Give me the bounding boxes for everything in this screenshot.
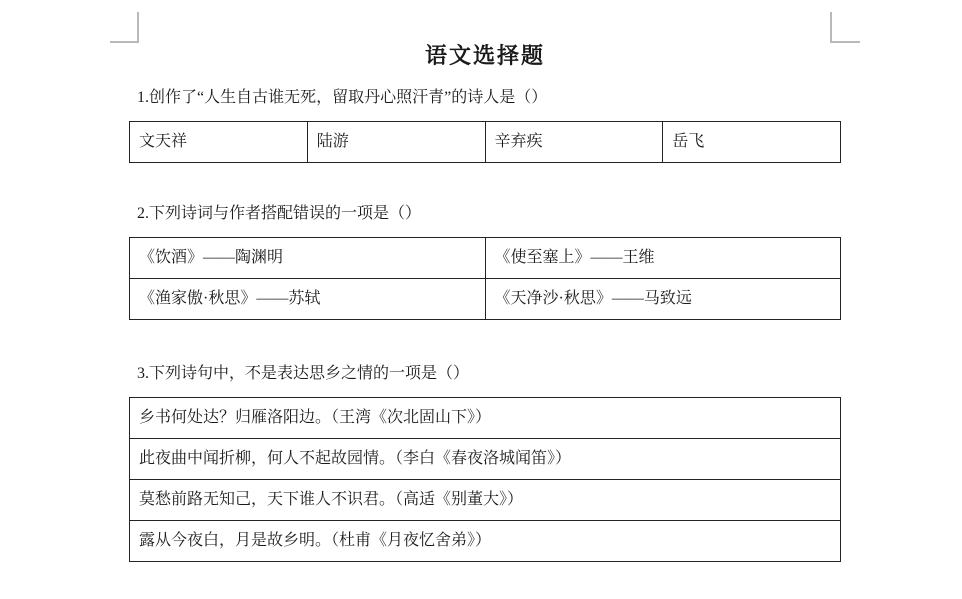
table-row: 莫愁前路无知己，天下谁人不识君。（高适《别董大》） [130,480,841,521]
document-title: 语文选择题 [129,44,841,68]
table-cell-option: 露从今夜白，月是故乡明。（杜甫《月夜忆舍弟》） [130,521,841,562]
question-1-options-table: 文天祥 陆游 辛弃疾 岳飞 [129,121,841,163]
margin-corner-mark-top-left-horizontal [110,41,139,43]
question-3-text: 3.下列诗句中，不是表达思乡之情的一项是（） [137,364,469,384]
table-row: 文天祥 陆游 辛弃疾 岳飞 [130,122,841,163]
table-cell-option: 文天祥 [130,122,308,163]
document-page[interactable]: 语文选择题 1.创作了“人生自古谁无死，留取丹心照汗青”的诗人是（） 文天祥 陆… [0,0,962,599]
table-cell-option: 《使至塞上》——王维 [485,238,841,279]
table-cell-option: 乡书何处达？归雁洛阳边。（王湾《次北固山下》） [130,398,841,439]
table-row: 此夜曲中闻折柳，何人不起故园情。（李白《春夜洛城闻笛》） [130,439,841,480]
table-cell-option: 此夜曲中闻折柳，何人不起故园情。（李白《春夜洛城闻笛》） [130,439,841,480]
table-cell-option: 莫愁前路无知己，天下谁人不识君。（高适《别董大》） [130,480,841,521]
table-cell-option: 《渔家傲·秋思》——苏轼 [130,279,486,320]
margin-corner-mark-top-right-horizontal [830,41,860,43]
table-row: 乡书何处达？归雁洛阳边。（王湾《次北固山下》） [130,398,841,439]
question-2-text: 2.下列诗词与作者搭配错误的一项是（） [137,204,421,224]
margin-corner-mark-top-left-vertical [137,12,139,42]
table-row: 露从今夜白，月是故乡明。（杜甫《月夜忆舍弟》） [130,521,841,562]
question-2-options-table: 《饮酒》——陶渊明 《使至塞上》——王维 《渔家傲·秋思》——苏轼 《天净沙·秋… [129,237,841,320]
table-cell-option: 《天净沙·秋思》——马致远 [485,279,841,320]
margin-corner-mark-top-right-vertical [830,12,832,42]
table-row: 《饮酒》——陶渊明 《使至塞上》——王维 [130,238,841,279]
question-1-text: 1.创作了“人生自古谁无死，留取丹心照汗青”的诗人是（） [137,88,547,108]
table-cell-option: 岳飞 [663,122,841,163]
table-row: 《渔家傲·秋思》——苏轼 《天净沙·秋思》——马致远 [130,279,841,320]
question-3-options-table: 乡书何处达？归雁洛阳边。（王湾《次北固山下》） 此夜曲中闻折柳，何人不起故园情。… [129,397,841,562]
table-cell-option: 《饮酒》——陶渊明 [130,238,486,279]
table-cell-option: 陆游 [307,122,485,163]
table-cell-option: 辛弃疾 [485,122,663,163]
